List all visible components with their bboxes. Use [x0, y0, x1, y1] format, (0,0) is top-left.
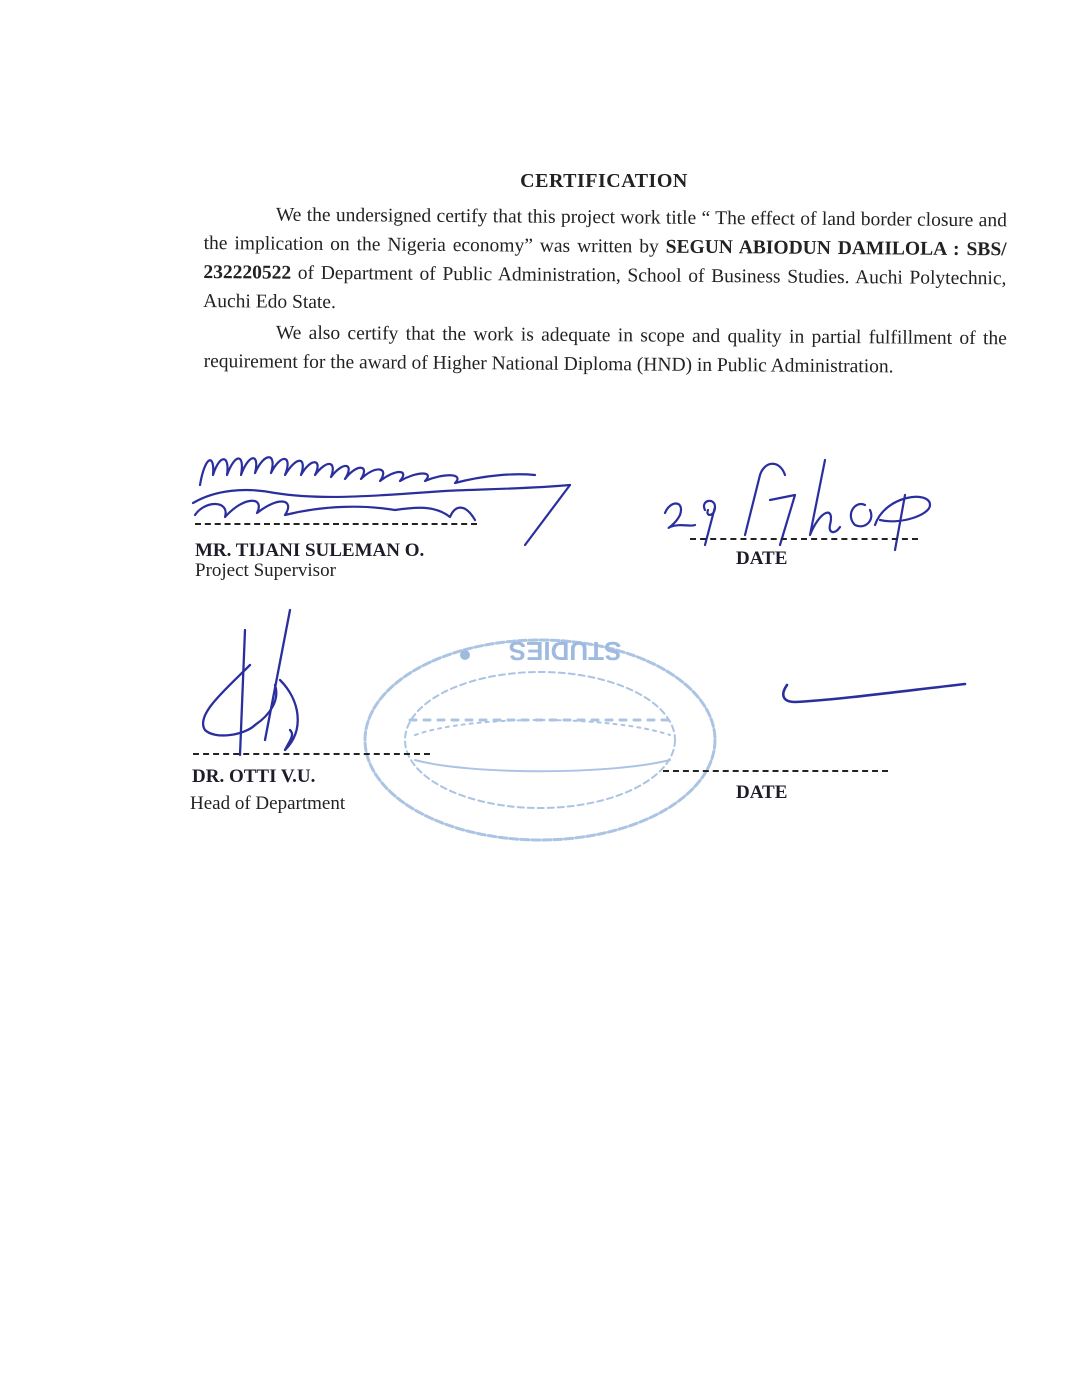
stamp-text: STUDIES [509, 636, 622, 666]
paragraph-text-continued: of Department of Public Administration, … [203, 263, 1006, 313]
page-title: CERTIFICATION [0, 170, 1080, 193]
paragraph-text: We also certify that the work is adequat… [204, 323, 1007, 378]
adequacy-paragraph: We also certify that the work is adequat… [204, 318, 1007, 382]
hod-role: Head of Department [190, 793, 345, 815]
department-stamp: STUDIES [340, 620, 740, 870]
hod-signature-line [193, 753, 430, 755]
hod-date-mark [775, 680, 975, 715]
supervisor-date-label: DATE [736, 548, 787, 570]
certification-page: CERTIFICATION We the undersigned certify… [0, 0, 1080, 1375]
supervisor-role: Project Supervisor [195, 560, 336, 582]
supervisor-date-line [690, 538, 918, 540]
supervisor-signature-line [195, 523, 477, 525]
hod-signature [195, 610, 325, 760]
hod-date-label: DATE [736, 782, 787, 804]
supervisor-signature [185, 445, 585, 535]
supervisor-name: MR. TIJANI SULEMAN O. [195, 540, 424, 562]
hod-date-line [663, 770, 888, 772]
certification-paragraph: We the undersigned certify that this pro… [203, 200, 1007, 322]
hod-name: DR. OTTI V.U. [192, 766, 315, 788]
handwritten-date [660, 455, 940, 555]
